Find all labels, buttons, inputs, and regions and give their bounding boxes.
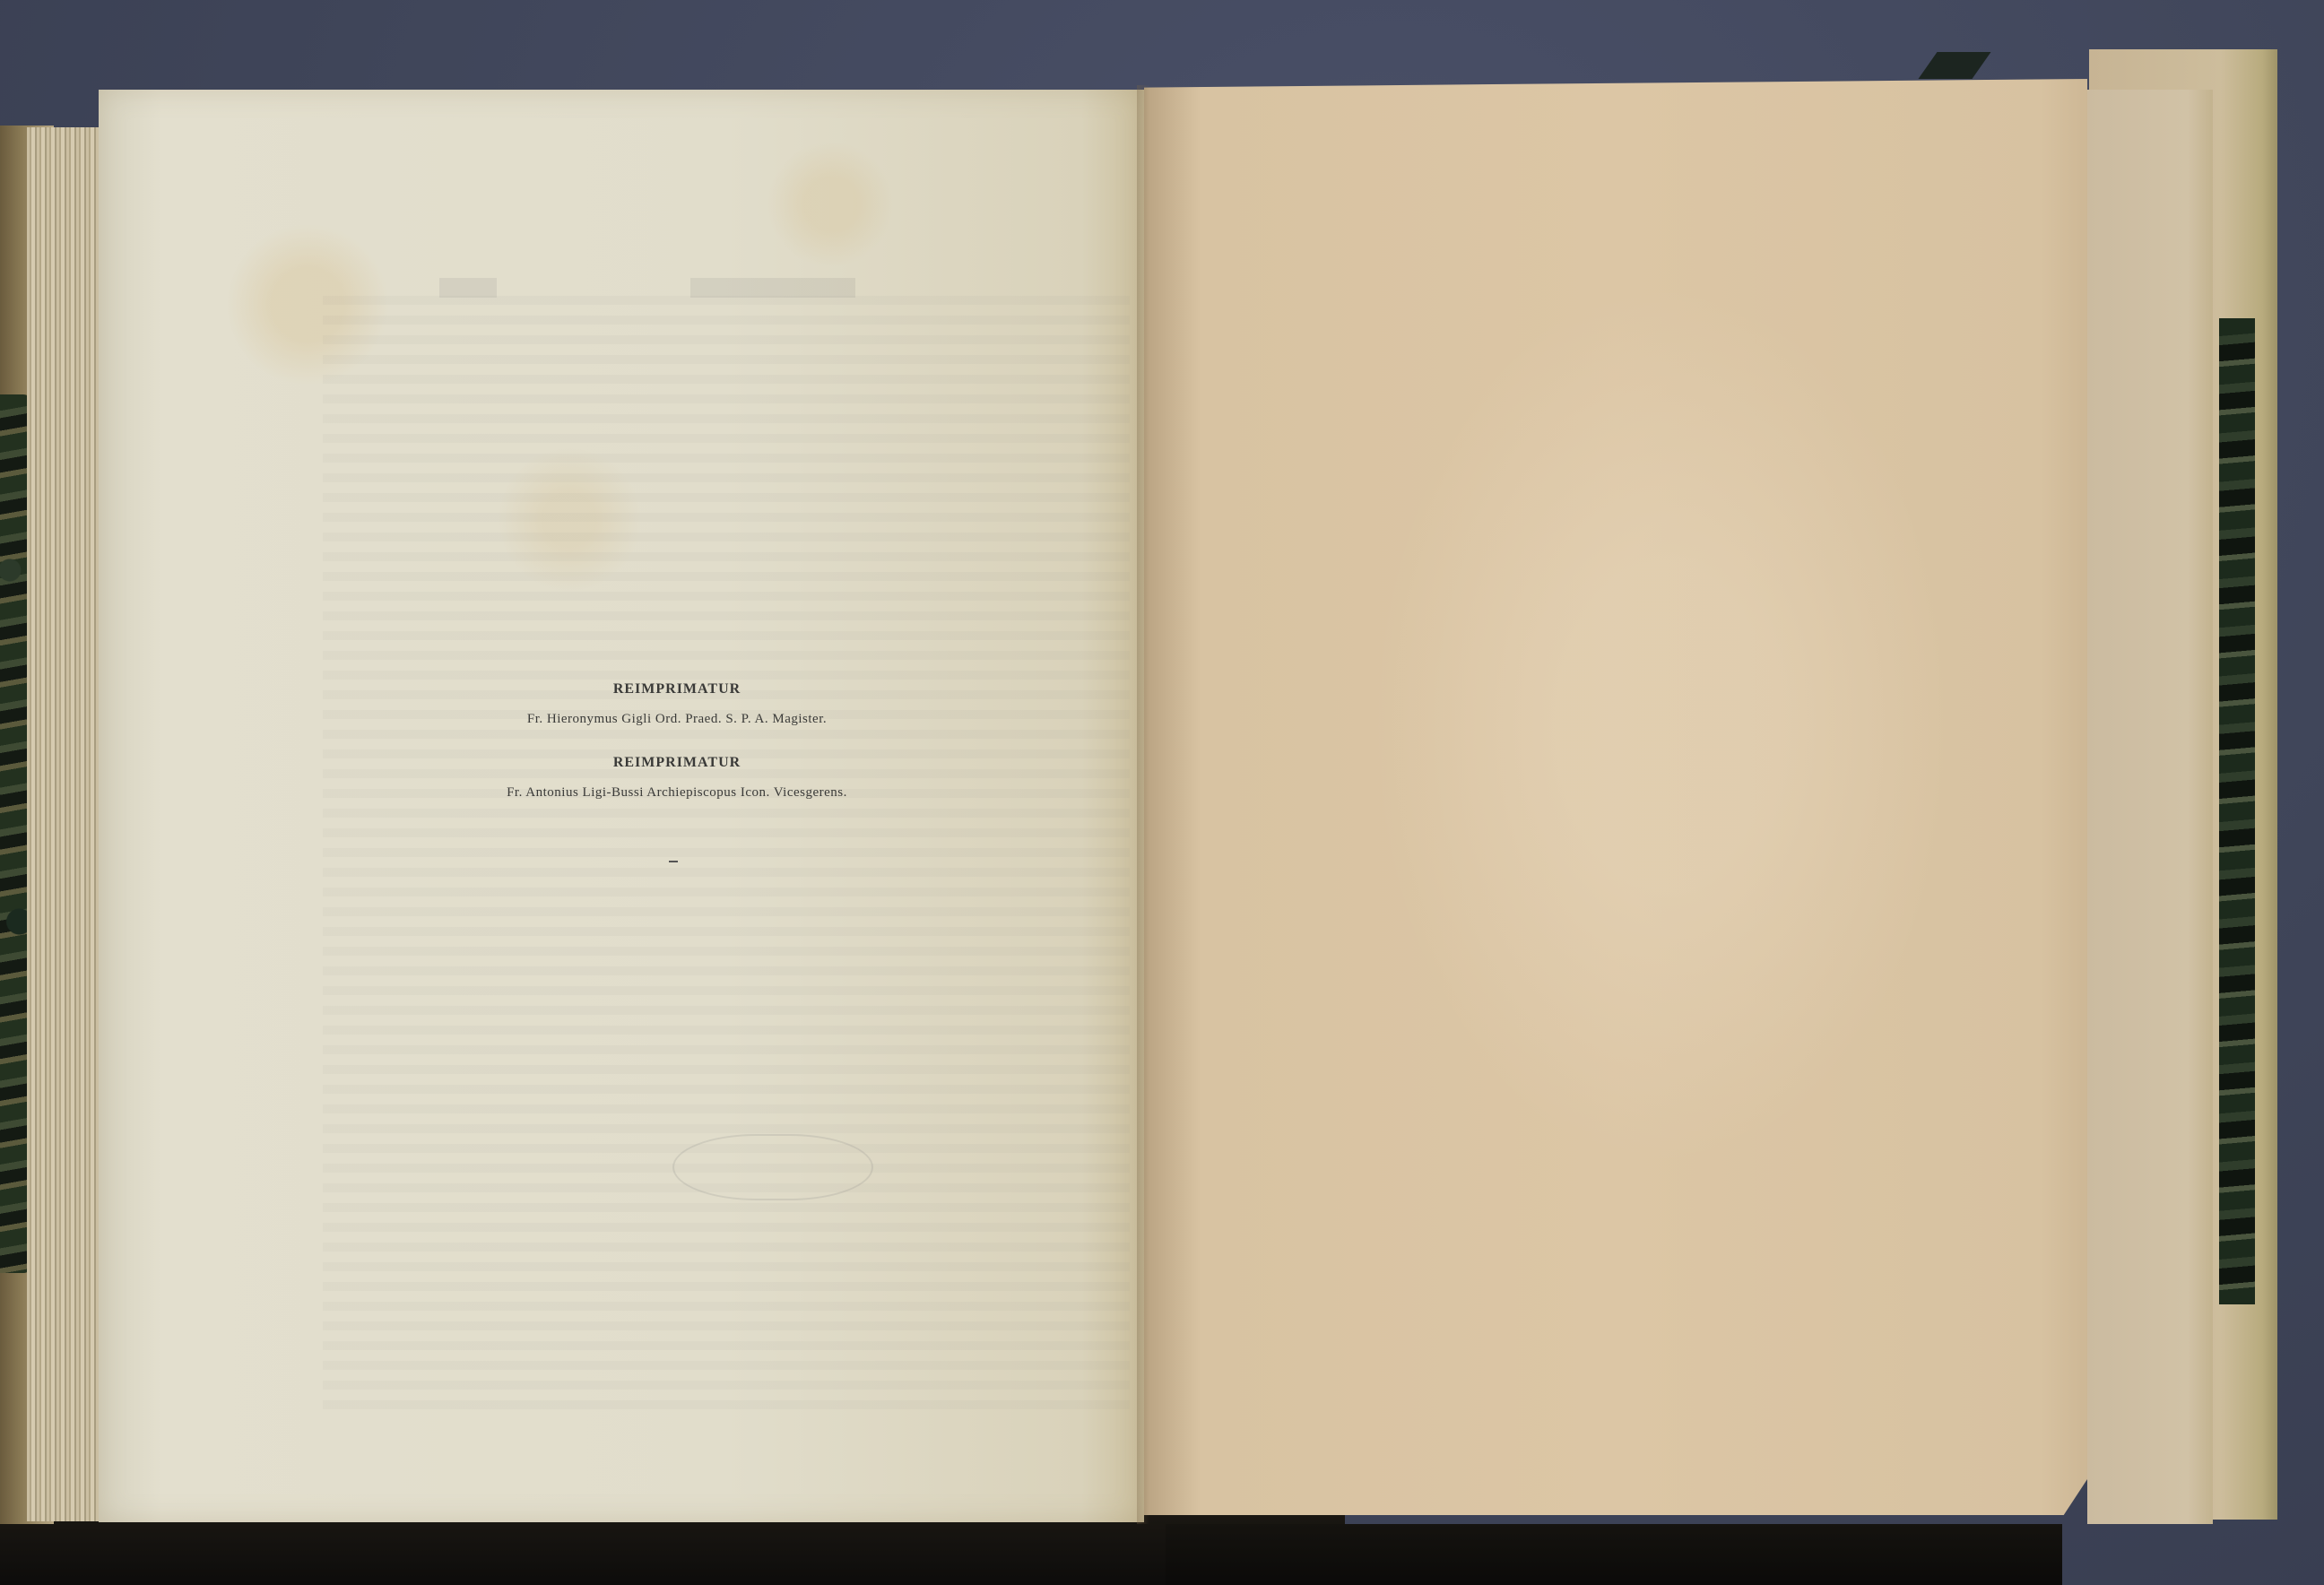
imprimatur-signatory: Fr. Hieronymus Gigli Ord. Praed. S. P. A… bbox=[386, 712, 968, 727]
imprimatur-block-1: REIMPRIMATUR Fr. Hieronymus Gigli Ord. P… bbox=[386, 681, 968, 727]
imprimatur-block-2: REIMPRIMATUR Fr. Antonius Ligi-Bussi Arc… bbox=[386, 755, 968, 801]
ornament-show-through bbox=[672, 1134, 873, 1200]
shadow-below-book bbox=[0, 1515, 1345, 1585]
right-endpaper bbox=[2087, 90, 2213, 1524]
left-page bbox=[99, 90, 1144, 1522]
imprimatur-heading: REIMPRIMATUR bbox=[386, 681, 968, 697]
imprimatur-signatory: Fr. Antonius Ligi-Bussi Archiepiscopus I… bbox=[386, 785, 968, 801]
shadow-below-book bbox=[1166, 1524, 2062, 1585]
right-page-blank bbox=[1144, 79, 2087, 1515]
end-rule bbox=[669, 861, 678, 862]
show-through-text bbox=[323, 296, 1130, 1416]
imprimatur-heading: REIMPRIMATUR bbox=[386, 755, 968, 771]
right-cover-marbling bbox=[2219, 318, 2255, 1304]
gutter-shadow bbox=[1137, 85, 1149, 1524]
show-through-header bbox=[439, 278, 1157, 298]
